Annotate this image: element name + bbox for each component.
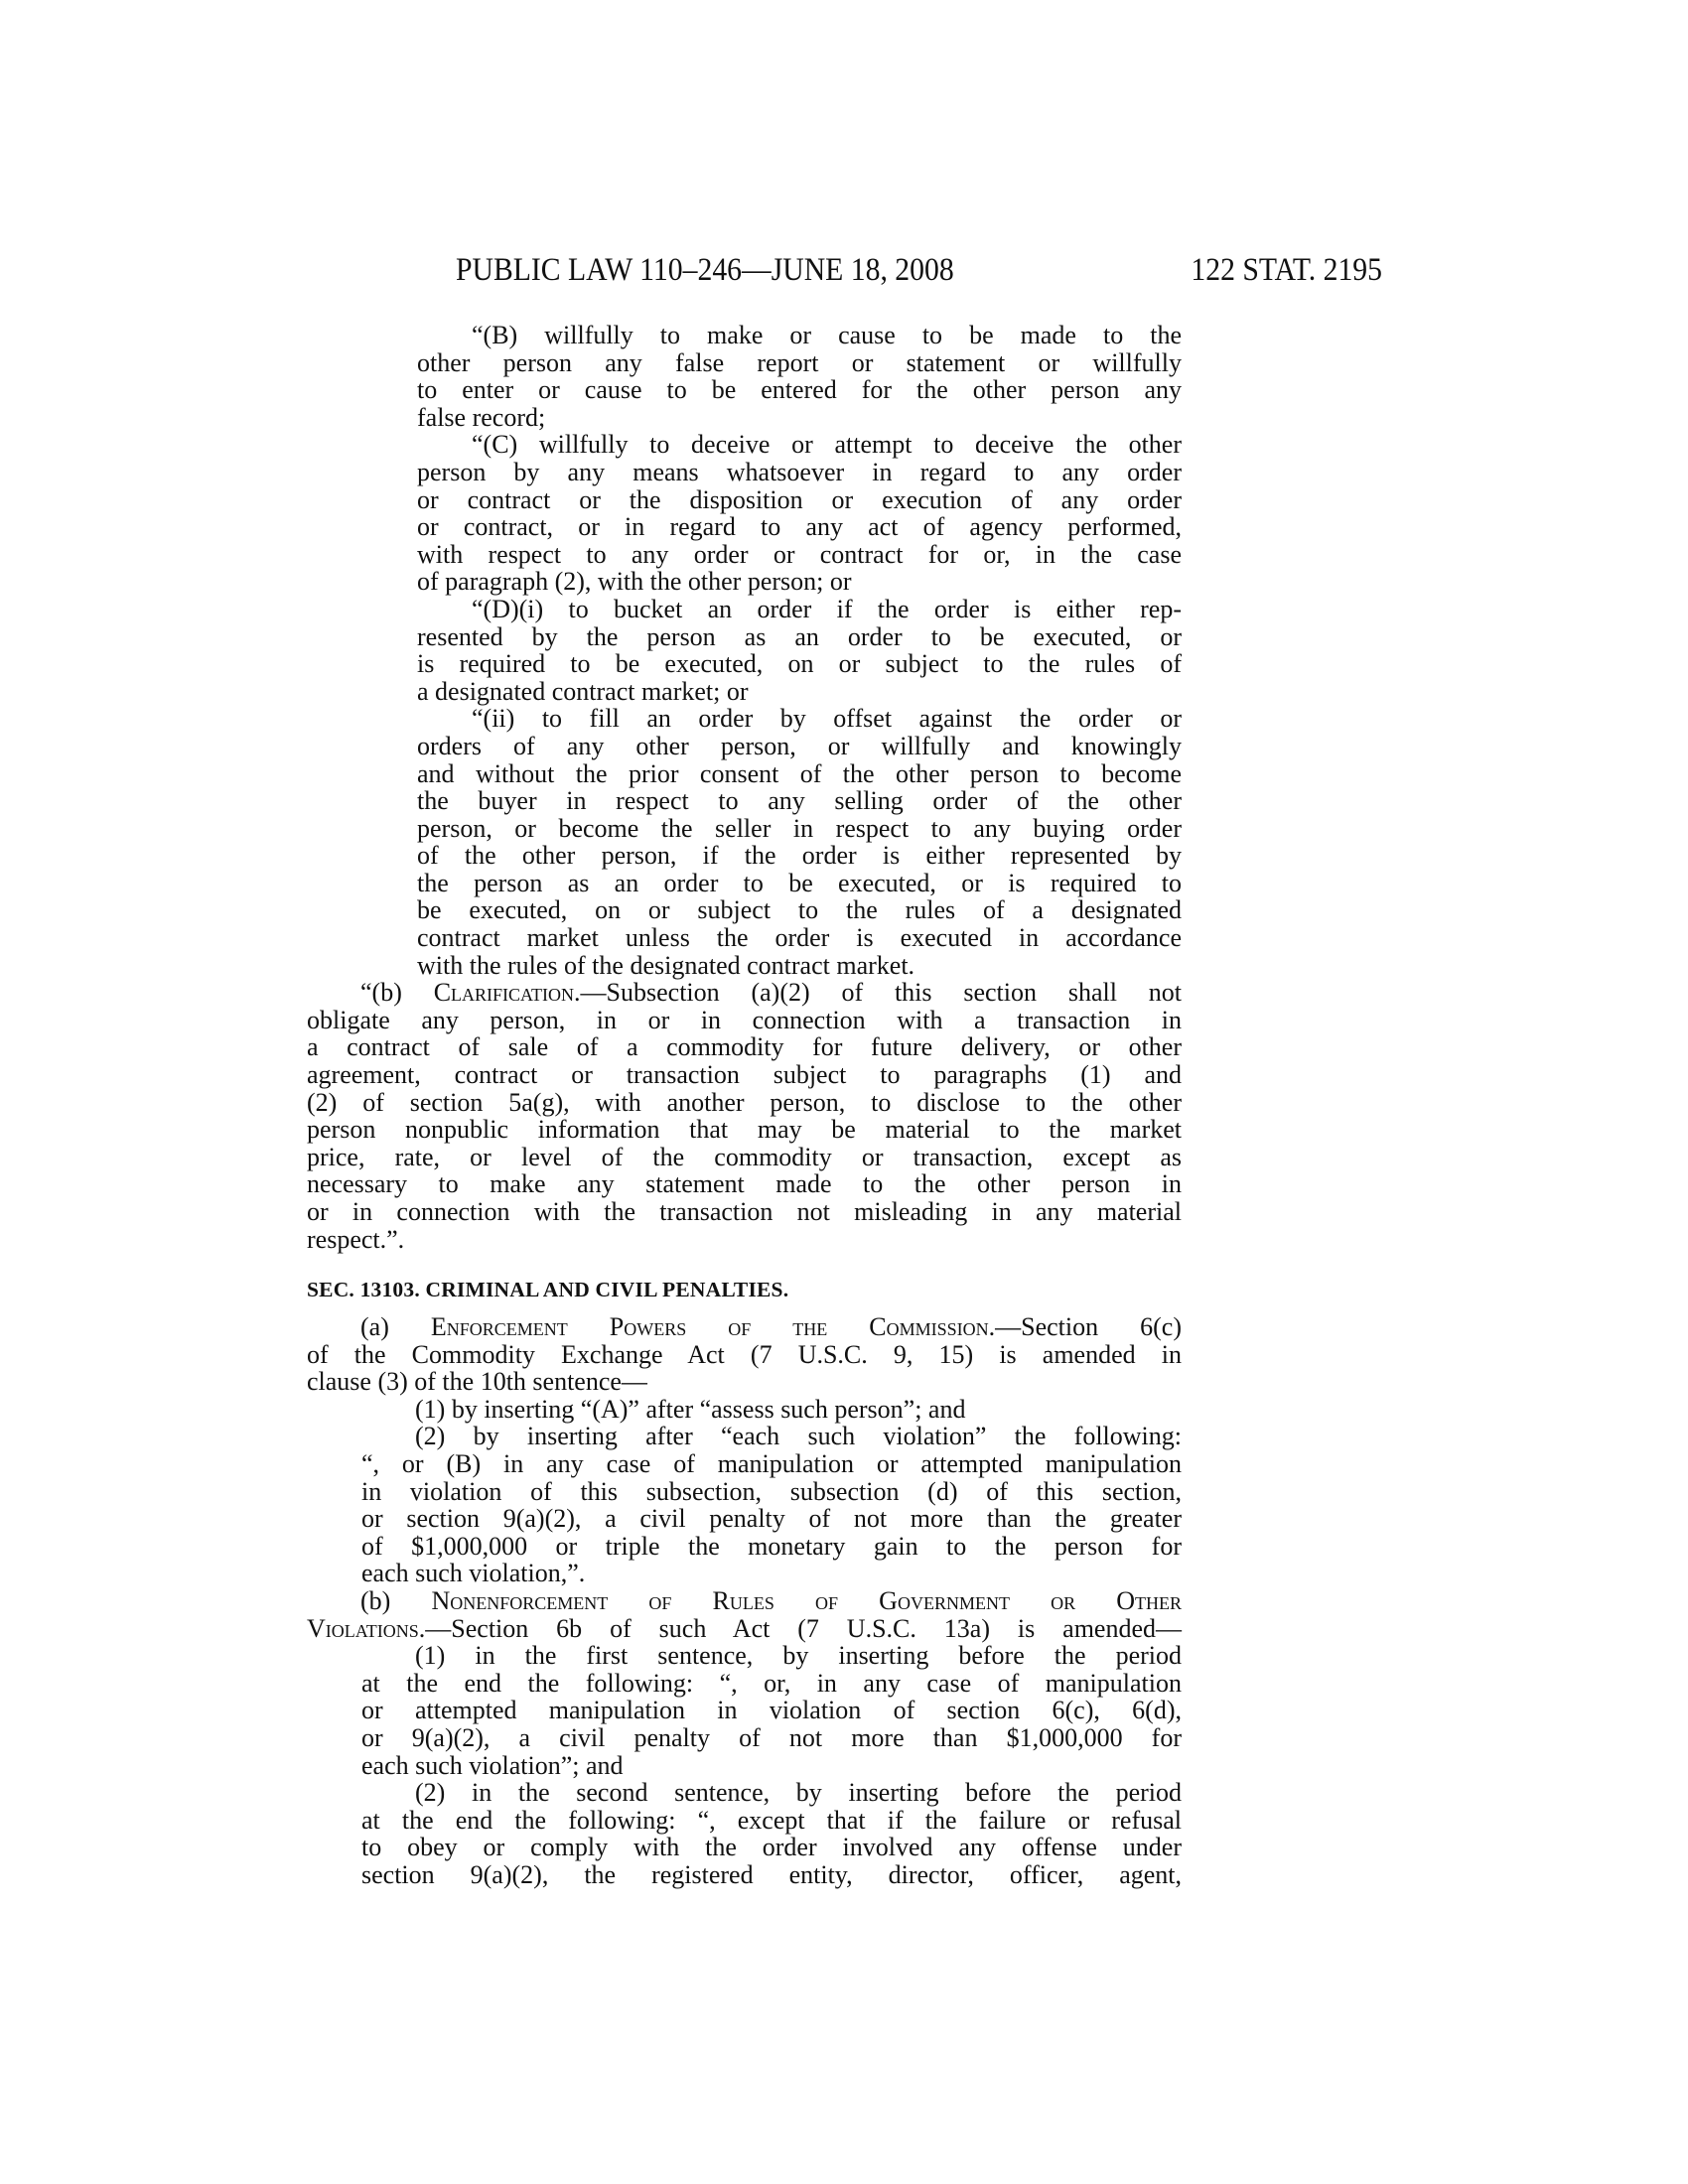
text-segment: of the other person, if the order is eit… bbox=[417, 841, 1182, 870]
text-line: or contract or the disposition or execut… bbox=[417, 486, 1182, 514]
text-line: “, or (B) in any case of manipulation or… bbox=[361, 1450, 1182, 1478]
text-segment: to obey or comply with the order involve… bbox=[361, 1833, 1182, 1861]
text-line: (2) by inserting after “each such violat… bbox=[361, 1423, 1182, 1450]
running-header: PUBLIC LAW 110–246—JUNE 18, 2008 122 STA… bbox=[0, 250, 1688, 290]
text-line: (a) Enforcement Powers of the Commission… bbox=[307, 1313, 1182, 1341]
text-line: at the end the following: “, except that… bbox=[361, 1807, 1182, 1835]
text-line: (b) Nonenforcement of Rules of Governmen… bbox=[307, 1587, 1182, 1615]
text-line: or in connection with the transaction no… bbox=[307, 1198, 1182, 1226]
paragraph-1-inserting-a: (1) by inserting “(A)” after “assess suc… bbox=[307, 1396, 1182, 1424]
public-law-citation: PUBLIC LAW 110–246—JUNE 18, 2008 bbox=[456, 250, 954, 290]
text-line: at the end the following: “, or, in any … bbox=[361, 1670, 1182, 1698]
text-segment: or attempted manipulation in violation o… bbox=[361, 1696, 1182, 1724]
text-segment: be executed, on or subject to the rules … bbox=[417, 895, 1182, 924]
text-segment: “(b) bbox=[360, 978, 434, 1007]
text-segment: with the rules of the designated contrac… bbox=[417, 951, 914, 980]
text-segment: orders of any other person, or willfully… bbox=[417, 732, 1182, 760]
text-segment: of paragraph (2), with the other person;… bbox=[417, 567, 852, 596]
text-segment: other person any false report or stateme… bbox=[417, 348, 1182, 377]
text-line: to enter or cause to be entered for the … bbox=[417, 376, 1182, 404]
text-segment: .—Section 6b of such Act (7 U.S.C. 13a) … bbox=[419, 1614, 1182, 1643]
text-line: “(D)(i) to bucket an order if the order … bbox=[417, 596, 1182, 623]
text-segment: or section 9(a)(2), a civil penalty of n… bbox=[361, 1504, 1182, 1533]
text-segment: (1) by inserting “(A)” after “assess suc… bbox=[415, 1395, 965, 1424]
text-line: to obey or comply with the order involve… bbox=[361, 1834, 1182, 1861]
text-line: each such violation,”. bbox=[361, 1560, 1182, 1587]
text-line: (1) by inserting “(A)” after “assess suc… bbox=[361, 1396, 1182, 1424]
text-line: contract market unless the order is exec… bbox=[417, 924, 1182, 952]
clause-b-false-report: “(B) willfully to make or cause to be ma… bbox=[307, 322, 1182, 431]
text-line: Violations.—Section 6b of such Act (7 U.… bbox=[307, 1615, 1182, 1643]
text-segment: and without the prior consent of the oth… bbox=[417, 759, 1182, 788]
text-line: other person any false report or stateme… bbox=[417, 349, 1182, 377]
subsection-b-clarification: “(b) Clarification.—Subsection (a)(2) of… bbox=[307, 979, 1182, 1253]
text-line: each such violation”; and bbox=[361, 1752, 1182, 1780]
text-segment: at the end the following: “, or, in any … bbox=[361, 1669, 1182, 1698]
text-segment: (b) bbox=[360, 1586, 431, 1615]
subsection-b-nonenforcement: (b) Nonenforcement of Rules of Governmen… bbox=[307, 1587, 1182, 1642]
text-line: or section 9(a)(2), a civil penalty of n… bbox=[361, 1505, 1182, 1533]
text-segment: person, or become the seller in respect … bbox=[417, 814, 1182, 843]
text-line: person nonpublic information that may be… bbox=[307, 1116, 1182, 1144]
text-line: section 9(a)(2), the registered entity, … bbox=[361, 1861, 1182, 1889]
text-line: or attempted manipulation in violation o… bbox=[361, 1697, 1182, 1724]
text-line: of $1,000,000 or triple the monetary gai… bbox=[361, 1533, 1182, 1561]
text-line: necessary to make any statement made to … bbox=[307, 1170, 1182, 1198]
text-line: or 9(a)(2), a civil penalty of not more … bbox=[361, 1724, 1182, 1752]
paragraph-1-first-sentence: (1) in the first sentence, by inserting … bbox=[307, 1642, 1182, 1779]
text-line: respect.”. bbox=[307, 1226, 1182, 1254]
text-segment: “(D)(i) to bucket an order if the order … bbox=[472, 595, 1182, 623]
section-13103-text: (a) Enforcement Powers of the Commission… bbox=[307, 1313, 1182, 1888]
text-line: be executed, on or subject to the rules … bbox=[417, 896, 1182, 924]
text-line: of the Commodity Exchange Act (7 U.S.C. … bbox=[307, 1341, 1182, 1369]
text-segment: a contract of sale of a commodity for fu… bbox=[307, 1032, 1182, 1061]
text-line: resented by the person as an order to be… bbox=[417, 623, 1182, 651]
text-segment: person by any means whatsoever in regard… bbox=[417, 458, 1182, 486]
text-segment: (2) in the second sentence, by inserting… bbox=[415, 1778, 1182, 1807]
text-segment: the buyer in respect to any selling orde… bbox=[417, 786, 1182, 815]
text-line: price, rate, or level of the commodity o… bbox=[307, 1144, 1182, 1171]
small-caps-heading: Nonenforcement of Rules of Government or… bbox=[431, 1586, 1182, 1615]
text-line: obligate any person, in or in connection… bbox=[307, 1007, 1182, 1034]
text-segment: (2) of section 5a(g), with another perso… bbox=[307, 1088, 1182, 1117]
text-segment: or contract or the disposition or execut… bbox=[417, 485, 1182, 514]
text-line: person, or become the seller in respect … bbox=[417, 815, 1182, 843]
text-segment: each such violation,”. bbox=[361, 1559, 585, 1587]
text-segment: agreement, contract or transaction subje… bbox=[307, 1060, 1182, 1089]
amended-section-text: “(B) willfully to make or cause to be ma… bbox=[307, 322, 1182, 1253]
text-line: “(B) willfully to make or cause to be ma… bbox=[417, 322, 1182, 349]
text-segment: of $1,000,000 or triple the monetary gai… bbox=[361, 1532, 1182, 1561]
text-line: clause (3) of the 10th sentence— bbox=[307, 1368, 1182, 1396]
text-segment: in violation of this subsection, subsect… bbox=[361, 1477, 1182, 1506]
subsection-a-enforcement-powers: (a) Enforcement Powers of the Commission… bbox=[307, 1313, 1182, 1396]
text-line: person by any means whatsoever in regard… bbox=[417, 459, 1182, 486]
text-line: or contract, or in regard to any act of … bbox=[417, 513, 1182, 541]
text-line: a contract of sale of a commodity for fu… bbox=[307, 1033, 1182, 1061]
text-segment: “, or (B) in any case of manipulation or… bbox=[361, 1449, 1182, 1478]
text-segment: necessary to make any statement made to … bbox=[307, 1169, 1182, 1198]
text-segment: (1) in the first sentence, by inserting … bbox=[415, 1641, 1182, 1670]
text-segment: or 9(a)(2), a civil penalty of not more … bbox=[361, 1723, 1182, 1752]
text-segment: resented by the person as an order to be… bbox=[417, 622, 1182, 651]
text-segment: .—Section 6(c) bbox=[989, 1312, 1182, 1341]
text-segment: or contract, or in regard to any act of … bbox=[417, 512, 1182, 541]
text-segment: person nonpublic information that may be… bbox=[307, 1115, 1182, 1144]
text-line: is required to be executed, on or subjec… bbox=[417, 650, 1182, 678]
small-caps-heading: Violations bbox=[307, 1614, 419, 1643]
text-line: a designated contract market; or bbox=[417, 678, 1182, 706]
text-segment: at the end the following: “, except that… bbox=[361, 1806, 1182, 1835]
text-line: with respect to any order or contract fo… bbox=[417, 541, 1182, 569]
text-segment: is required to be executed, on or subjec… bbox=[417, 649, 1182, 678]
text-segment: obligate any person, in or in connection… bbox=[307, 1006, 1182, 1034]
paragraph-2-each-such-violation: (2) by inserting after “each such violat… bbox=[307, 1423, 1182, 1587]
clause-c-deceive: “(C) willfully to deceive or attempt to … bbox=[307, 431, 1182, 596]
text-line: agreement, contract or transaction subje… bbox=[307, 1061, 1182, 1089]
text-line: the person as an order to be executed, o… bbox=[417, 870, 1182, 897]
text-line: and without the prior consent of the oth… bbox=[417, 760, 1182, 788]
text-line: of paragraph (2), with the other person;… bbox=[417, 568, 1182, 596]
text-segment: or in connection with the transaction no… bbox=[307, 1197, 1182, 1226]
text-line: (1) in the first sentence, by inserting … bbox=[361, 1642, 1182, 1670]
text-line: of the other person, if the order is eit… bbox=[417, 842, 1182, 870]
text-line: “(C) willfully to deceive or attempt to … bbox=[417, 431, 1182, 459]
text-line: “(ii) to fill an order by offset against… bbox=[417, 705, 1182, 733]
statute-page-number: 122 STAT. 2195 bbox=[1191, 250, 1382, 290]
text-line: “(b) Clarification.—Subsection (a)(2) of… bbox=[307, 979, 1182, 1007]
section-heading: SEC. 13103. CRIMINAL AND CIVIL PENALTIES… bbox=[307, 1277, 788, 1302]
text-segment: .—Subsection (a)(2) of this section shal… bbox=[574, 978, 1182, 1007]
clause-d-i-bucket-order: “(D)(i) to bucket an order if the order … bbox=[307, 596, 1182, 705]
text-segment: false record; bbox=[417, 403, 545, 432]
text-segment: contract market unless the order is exec… bbox=[417, 923, 1182, 952]
text-segment: of the Commodity Exchange Act (7 U.S.C. … bbox=[307, 1340, 1182, 1369]
text-segment: respect.”. bbox=[307, 1225, 404, 1254]
text-segment: “(ii) to fill an order by offset against… bbox=[472, 704, 1182, 733]
text-segment: a designated contract market; or bbox=[417, 677, 749, 706]
text-segment: section 9(a)(2), the registered entity, … bbox=[361, 1860, 1182, 1889]
small-caps-heading: Enforcement Powers of the Commission bbox=[431, 1312, 989, 1341]
paragraph-2-second-sentence: (2) in the second sentence, by inserting… bbox=[307, 1779, 1182, 1888]
clause-d-ii-offset: “(ii) to fill an order by offset against… bbox=[307, 705, 1182, 979]
text-segment: “(C) willfully to deceive or attempt to … bbox=[472, 430, 1182, 459]
text-segment: (2) by inserting after “each such violat… bbox=[415, 1422, 1182, 1450]
text-line: in violation of this subsection, subsect… bbox=[361, 1478, 1182, 1506]
text-segment: to enter or cause to be entered for the … bbox=[417, 375, 1182, 404]
text-line: with the rules of the designated contrac… bbox=[417, 952, 1182, 980]
text-segment: clause (3) of the 10th sentence— bbox=[307, 1367, 647, 1396]
small-caps-heading: Clarification bbox=[434, 978, 574, 1007]
text-segment: the person as an order to be executed, o… bbox=[417, 869, 1182, 897]
text-segment: with respect to any order or contract fo… bbox=[417, 540, 1182, 569]
text-segment: each such violation”; and bbox=[361, 1751, 624, 1780]
text-segment: price, rate, or level of the commodity o… bbox=[307, 1143, 1182, 1171]
text-line: the buyer in respect to any selling orde… bbox=[417, 787, 1182, 815]
text-line: orders of any other person, or willfully… bbox=[417, 733, 1182, 760]
text-line: false record; bbox=[417, 404, 1182, 432]
text-segment: (a) bbox=[360, 1312, 431, 1341]
text-line: (2) of section 5a(g), with another perso… bbox=[307, 1089, 1182, 1117]
text-line: (2) in the second sentence, by inserting… bbox=[361, 1779, 1182, 1807]
text-segment: “(B) willfully to make or cause to be ma… bbox=[472, 321, 1182, 349]
